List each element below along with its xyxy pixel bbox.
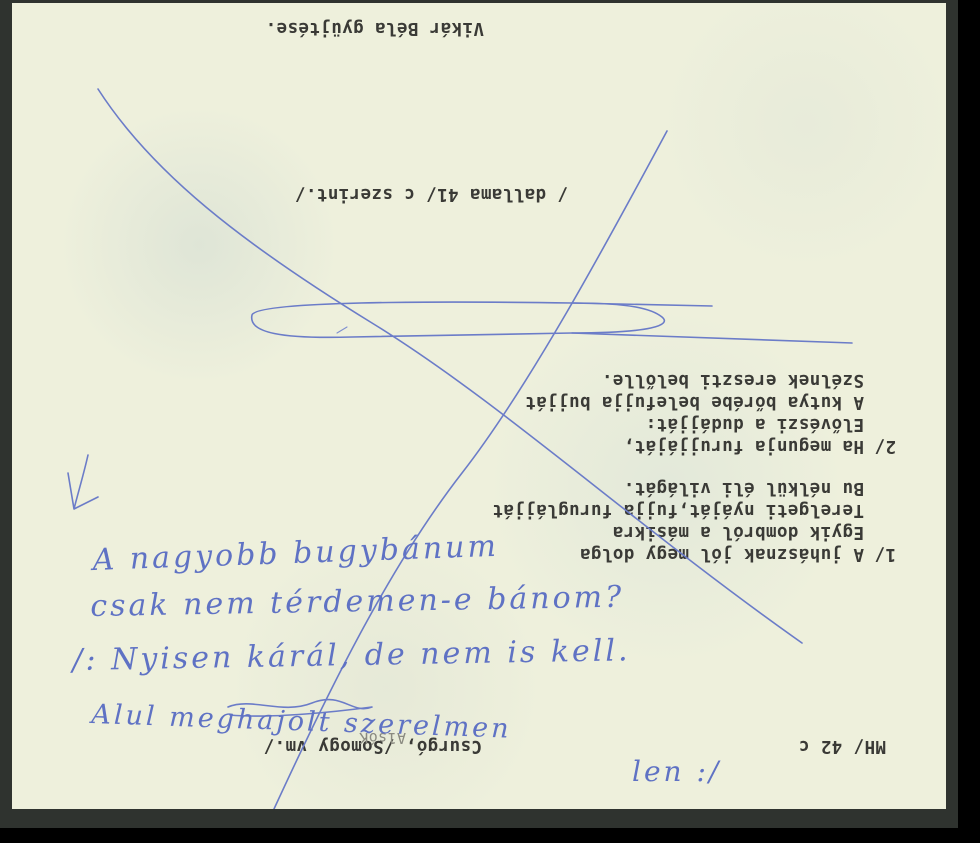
catalog-code: MH/ 42 c xyxy=(799,735,887,757)
handwritten-line-5: len :/ xyxy=(632,755,721,788)
stanza-line: A kutya bőrébe belefujja bujját xyxy=(525,391,896,413)
stanza-1: 1/A juhásznak jól megy dolga Egyik dombr… xyxy=(492,477,896,565)
verse-number: 2/ xyxy=(864,435,896,457)
stanza-line: 1/A juhásznak jól megy dolga xyxy=(492,543,896,565)
archival-document-sheet: MH/ 42 c Csurgó, /Somogy vm./ A1sóK 1/A … xyxy=(12,3,946,809)
scan-frame: MH/ 42 c Csurgó, /Somogy vm./ A1sóK 1/A … xyxy=(0,0,980,843)
stanza-line: Egyik dombról a másikra xyxy=(492,521,896,543)
collector-attribution: Vikár Béla gyüjtése. xyxy=(265,17,484,39)
stanza-line: Bu nélkül éli világát. xyxy=(492,477,896,499)
melody-note: / dallama 41/ c szerint./ xyxy=(295,183,568,205)
stanza-line: Elővészi a dudájját: xyxy=(525,413,896,435)
verse-number: 1/ xyxy=(864,543,896,565)
stanza-2: 2/Ha megunja furujjáját, Elővészi a dudá… xyxy=(525,369,896,457)
stanza-line: Terelgeti nyáját,fujja furuglájját xyxy=(492,499,896,521)
stanza-line: Szélnek ereszti belőlle. xyxy=(525,369,896,391)
typed-text-upside-down: MH/ 42 c Csurgó, /Somogy vm./ A1sóK 1/A … xyxy=(12,3,946,809)
stanza-line: 2/Ha megunja furujjáját, xyxy=(525,435,896,457)
